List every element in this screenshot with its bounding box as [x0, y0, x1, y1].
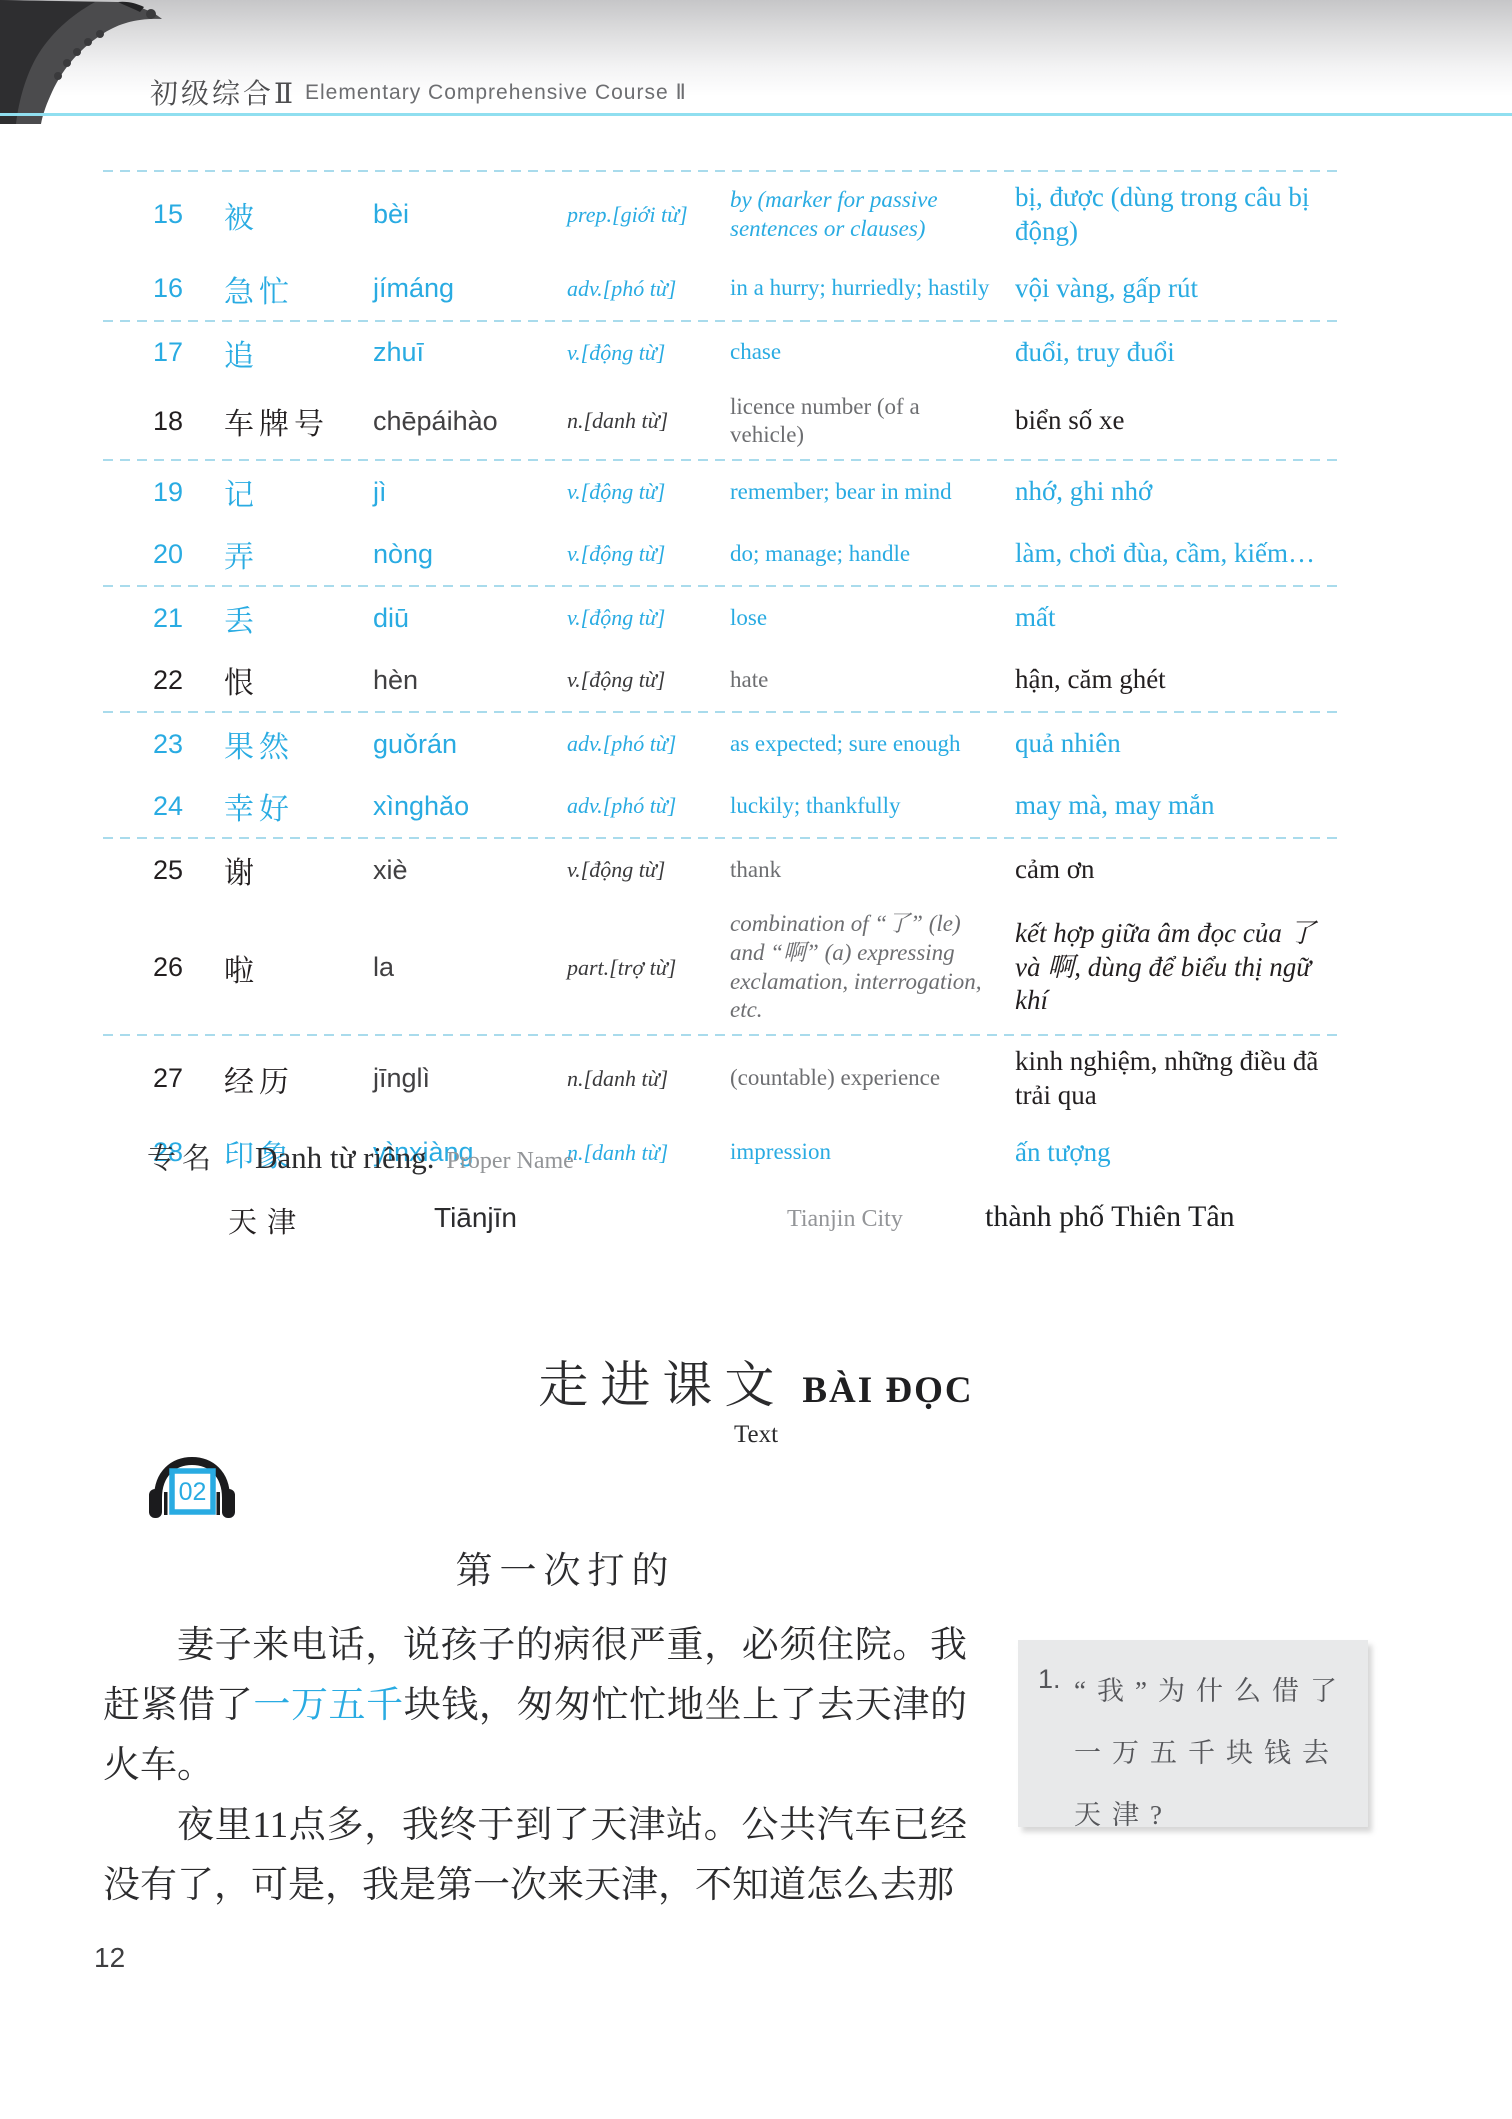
- vocab-vietnamese: kết hợp giữa âm đọc của 了 và 啊, dùng để …: [1015, 917, 1343, 1018]
- vocab-english: impression: [730, 1138, 1015, 1167]
- vocab-hanzi: 车牌号: [224, 399, 373, 443]
- vocab-english: lose: [730, 604, 1015, 633]
- vocabulary-table: 15被bèiprep.[giới từ]by (marker for passi…: [103, 170, 1343, 1184]
- vocab-pos: n.[danh từ]: [567, 1066, 730, 1092]
- proper-noun-label-cn: 专名: [147, 1143, 217, 1175]
- vocab-vietnamese: mất: [1015, 601, 1343, 635]
- vocab-pinyin: jì: [373, 477, 567, 508]
- vocab-number: 23: [103, 729, 224, 760]
- vocab-row: 20弄nòngv.[động từ]do; manage; handlelàm,…: [103, 523, 1343, 585]
- textbook-page: 初级综合Ⅱ Elementary Comprehensive Course Ⅱ …: [0, 0, 1512, 2119]
- vocab-row: 24幸好xìnghǎoadv.[phó từ]luckily; thankful…: [103, 775, 1343, 837]
- vocab-hanzi: 幸好: [224, 784, 373, 828]
- vocab-row: 18车牌号chēpáihàon.[danh từ]licence number …: [103, 384, 1343, 460]
- question-number: 1.: [1038, 1660, 1074, 1827]
- vocab-english: hate: [730, 666, 1015, 695]
- vocab-hanzi: 追: [224, 331, 373, 375]
- vocab-vietnamese: hận, căm ghét: [1015, 663, 1343, 697]
- vocab-pos: v.[động từ]: [567, 605, 730, 631]
- vocab-english: by (marker for passive sentences or clau…: [730, 186, 1015, 244]
- vocab-pos: v.[động từ]: [567, 479, 730, 505]
- vocab-pinyin: xiè: [373, 855, 567, 886]
- vocab-hanzi: 果然: [224, 722, 373, 766]
- vocab-hanzi: 丢: [224, 596, 373, 640]
- question-text: “我”为什么借了一万五千块钱去天津?: [1074, 1660, 1354, 1827]
- proper-noun-hanzi: 天津: [228, 1200, 306, 1241]
- vocab-number: 26: [103, 952, 224, 983]
- vocab-number: 21: [103, 603, 224, 634]
- vocab-english: as expected; sure enough: [730, 730, 1015, 759]
- vocab-vietnamese: đuổi, truy đuổi: [1015, 336, 1343, 370]
- heading-english: Text: [0, 1421, 1512, 1449]
- vocab-english: chase: [730, 338, 1015, 367]
- vocab-pos: n.[danh từ]: [567, 1140, 730, 1166]
- page-header: 初级综合Ⅱ Elementary Comprehensive Course Ⅱ: [0, 0, 1512, 96]
- vocab-vietnamese: kinh nghiệm, những điều đã trải qua: [1015, 1045, 1343, 1113]
- audio-track-number: 02: [179, 1478, 207, 1506]
- reading-title: 第一次打的: [103, 1540, 1028, 1594]
- vocab-hanzi: 经历: [224, 1057, 373, 1101]
- paragraph1-highlight: 一万五千: [253, 1685, 403, 1726]
- vocab-hanzi: 被: [224, 193, 373, 237]
- audio-headphones-icon: 02: [143, 1456, 241, 1520]
- vocab-pos: adv.[phó từ]: [567, 793, 730, 819]
- vocab-english: thank: [730, 856, 1015, 885]
- vocab-pinyin: nòng: [373, 539, 567, 570]
- heading-chinese: 走进课文: [538, 1357, 786, 1413]
- vocab-number: 16: [103, 273, 224, 304]
- vocab-hanzi: 记: [224, 470, 373, 514]
- vocab-pos: part.[trợ từ]: [567, 955, 730, 981]
- course-title-english: Elementary Comprehensive Course Ⅱ: [305, 80, 687, 105]
- vocab-pos: v.[động từ]: [567, 541, 730, 567]
- reading-paragraph-1: 妻子来电话，说孩子的病很严重，必须住院。我赶紧借了一万五千块钱，匆匆忙忙地坐上了…: [103, 1616, 967, 1796]
- vocab-number: 27: [103, 1063, 224, 1094]
- vocab-pinyin: guǒrán: [373, 729, 567, 760]
- vocab-vietnamese: quả nhiên: [1015, 727, 1343, 761]
- vocab-number: 15: [103, 199, 224, 230]
- vocab-vietnamese: biển số xe: [1015, 404, 1343, 438]
- vocab-english: remember; bear in mind: [730, 478, 1015, 507]
- vocab-english: combination of “了” (le) and “啊” (a) expr…: [730, 910, 1015, 1025]
- vocab-row: 21丢diūv.[động từ]losemất: [103, 587, 1343, 649]
- vocab-number: 19: [103, 477, 224, 508]
- vocab-number: 18: [103, 406, 224, 437]
- vocab-row: 22恨hènv.[động từ]hatehận, căm ghét: [103, 649, 1343, 711]
- comprehension-question-box: 1. “我”为什么借了一万五千块钱去天津?: [1018, 1640, 1368, 1827]
- course-title-chinese: 初级综合Ⅱ: [150, 72, 296, 112]
- vocab-hanzi: 谢: [224, 848, 373, 892]
- vocab-number: 20: [103, 539, 224, 570]
- vocab-row: 25谢xièv.[động từ]thankcảm ơn: [103, 839, 1343, 901]
- vocab-pos: n.[danh từ]: [567, 408, 730, 434]
- vocab-vietnamese: vội vàng, gấp rút: [1015, 272, 1343, 306]
- vocab-row: 23果然guǒránadv.[phó từ]as expected; sure …: [103, 713, 1343, 775]
- vocab-pinyin: diū: [373, 603, 567, 634]
- vocab-hanzi: 急忙: [224, 267, 373, 311]
- vocab-pinyin: bèi: [373, 199, 567, 230]
- vocab-vietnamese: cảm ơn: [1015, 853, 1343, 887]
- vocab-row: 26啦lapart.[trợ từ]combination of “了” (le…: [103, 901, 1343, 1034]
- vocab-english: licence number (of a vehicle): [730, 393, 1015, 451]
- vocab-vietnamese: nhớ, ghi nhớ: [1015, 475, 1343, 509]
- proper-noun-label-en: Proper Name: [447, 1148, 574, 1174]
- vocab-pinyin: jímáng: [373, 273, 567, 304]
- vocab-row: 27经历jīnglìn.[danh từ](countable) experie…: [103, 1036, 1343, 1122]
- vocab-vietnamese: làm, chơi đùa, cầm, kiếm…: [1015, 537, 1343, 571]
- proper-noun-vietnamese: thành phố Thiên Tân: [985, 1200, 1235, 1234]
- vocab-hanzi: 弄: [224, 532, 373, 576]
- text-section-heading-line: 走进课文BÀI ĐỌC: [0, 1345, 1512, 1417]
- proper-noun-pinyin: Tiānjīn: [434, 1202, 517, 1234]
- vocab-pos: adv.[phó từ]: [567, 276, 730, 302]
- vocab-number: 25: [103, 855, 224, 886]
- temple-roof-image: [0, 0, 165, 124]
- vocab-hanzi: 恨: [224, 658, 373, 702]
- vocab-number: 22: [103, 665, 224, 696]
- vocab-row: 17追zhuīv.[động từ]chaseđuổi, truy đuổi: [103, 322, 1343, 384]
- reading-body: 妻子来电话，说孩子的病很严重，必须住院。我赶紧借了一万五千块钱，匆匆忙忙地坐上了…: [103, 1616, 967, 1916]
- proper-noun-entry: 天津 Tiānjīn Tianjin City thành phố Thiên …: [0, 1200, 1512, 1250]
- page-number: 12: [94, 1942, 125, 1974]
- vocab-english: luckily; thankfully: [730, 792, 1015, 821]
- vocab-pinyin: jīnglì: [373, 1063, 567, 1094]
- vocab-pinyin: hèn: [373, 665, 567, 696]
- vocab-pos: v.[động từ]: [567, 340, 730, 366]
- vocab-vietnamese: ấn tượng: [1015, 1136, 1343, 1170]
- header-rule-line: [0, 113, 1512, 116]
- vocabulary-rows: 15被bèiprep.[giới từ]by (marker for passi…: [103, 172, 1343, 1184]
- vocab-number: 24: [103, 791, 224, 822]
- vocab-pinyin: la: [373, 952, 567, 983]
- vocab-pinyin: zhuī: [373, 337, 567, 368]
- reading-paragraph-2: 夜里11点多，我终于到了天津站。公共汽车已经没有了，可是，我是第一次来天津，不知…: [103, 1796, 967, 1916]
- vocab-pos: v.[động từ]: [567, 857, 730, 883]
- vocab-pinyin: chēpáihào: [373, 406, 567, 437]
- vocab-row: 19记jìv.[động từ]remember; bear in mindnh…: [103, 461, 1343, 523]
- vocab-pos: adv.[phó từ]: [567, 731, 730, 757]
- vocab-vietnamese: may mà, may mắn: [1015, 789, 1343, 823]
- proper-noun-label-vi: Danh từ riêng.: [255, 1140, 435, 1175]
- vocab-row: 16急忙jímángadv.[phó từ]in a hurry; hurrie…: [103, 258, 1343, 320]
- vocab-english: (countable) experience: [730, 1064, 1015, 1093]
- vocab-english: do; manage; handle: [730, 540, 1015, 569]
- vocab-pos: v.[động từ]: [567, 667, 730, 693]
- vocab-hanzi: 啦: [224, 946, 373, 990]
- vocab-row: 15被bèiprep.[giới từ]by (marker for passi…: [103, 172, 1343, 258]
- text-section-heading: 走进课文BÀI ĐỌC Text: [0, 1345, 1512, 1449]
- vocab-vietnamese: bị, được (dùng trong câu bị động): [1015, 181, 1343, 249]
- vocab-number: 17: [103, 337, 224, 368]
- proper-noun-english: Tianjin City: [787, 1206, 903, 1233]
- vocab-pos: prep.[giới từ]: [567, 202, 730, 228]
- vocab-english: in a hurry; hurriedly; hastily: [730, 274, 1015, 303]
- heading-vietnamese: BÀI ĐỌC: [802, 1370, 973, 1411]
- vocab-pinyin: xìnghǎo: [373, 791, 567, 822]
- proper-noun-heading: 专名 Danh từ riêng. Proper Name: [147, 1136, 574, 1177]
